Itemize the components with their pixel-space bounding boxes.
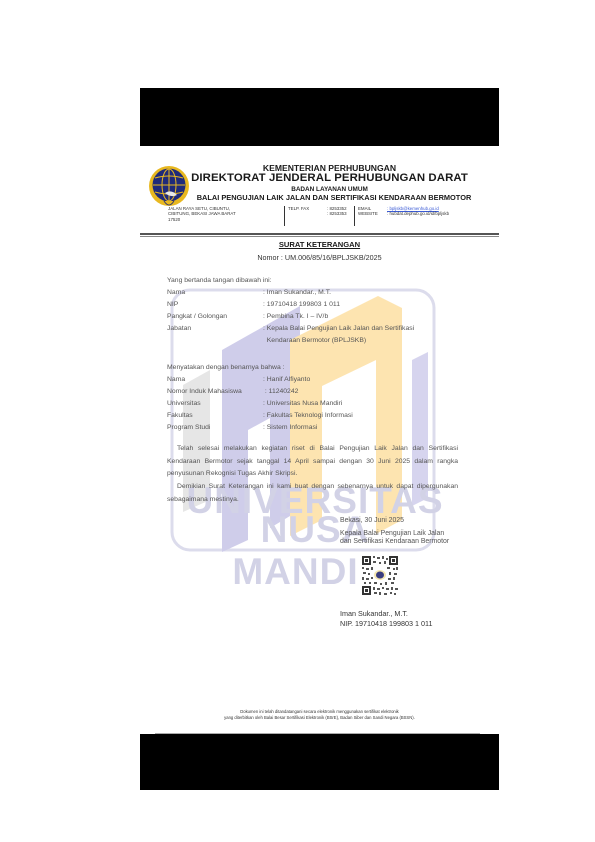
telp-fax-values: : 8253352 : 8253353: [327, 206, 347, 217]
field-value: : Hanif Alfiyanto: [263, 376, 310, 383]
e-signature-footer: Dokumen ini telah ditandatangani secara …: [140, 709, 499, 721]
website-text: : hubdat.dephub.go.id/id/bpljskb: [387, 211, 449, 216]
field-label: Universitas: [167, 400, 201, 407]
position-line: dan Sertifikasi Kendaraan Bermotor: [340, 538, 449, 546]
divider: [354, 206, 355, 226]
body-paragraph-closing: Demikian Surat Keterangan ini kami buat …: [167, 481, 458, 506]
field-label: Nama: [167, 376, 185, 383]
signer-block: Iman Sukandar., M.T. NIP. 19710418 19980…: [340, 609, 432, 629]
field-label: Pangkat / Golongan: [167, 313, 227, 320]
telp-fax-label: TELP. FAX: [288, 206, 309, 211]
field-label: Nomor Induk Mahasiswa: [167, 388, 242, 395]
website-label: WEBSITE: [358, 211, 378, 216]
field-value: : 11240242: [263, 388, 298, 395]
field-value: : Fakultas Teknologi Informasi: [263, 412, 353, 419]
signer-nip: NIP. 19710418 199803 1 011: [340, 619, 432, 629]
signature-place-date: Bekasi, 30 Juni 2025: [340, 517, 404, 525]
contact-values: : bpljskb@kemenhub.go.id : hubdat.dephub…: [387, 206, 449, 217]
field-label: Program Studi: [167, 424, 210, 431]
field-label: NIP: [167, 301, 178, 308]
email-link[interactable]: : bpljskb@kemenhub.go.id: [387, 206, 439, 211]
institution-name: BALAI PENGUJIAN LAIK JALAN DAN SERTIFIKA…: [164, 193, 504, 202]
position-line: Kepala Balai Pengujian Laik Jalan: [340, 530, 449, 538]
footer-line: yang diterbitkan oleh Balai Besar Sertif…: [140, 715, 499, 721]
directorate-name: DIREKTORAT JENDERAL PERHUBUNGAN DARAT: [150, 172, 509, 184]
field-value: : Pembina Tk. I – IV/b: [263, 313, 328, 320]
watermark-text-line2: NUSA MANDIRI: [185, 509, 445, 593]
field-label: Jabatan: [167, 325, 191, 332]
field-value: : Universitas Nusa Mandiri: [263, 400, 342, 407]
header-rule-thin: [140, 236, 499, 237]
field-value: : Sistem Informasi: [263, 424, 317, 431]
letterhead: KEMENTERIAN PERHUBUNGAN DIREKTORAT JENDE…: [140, 150, 499, 230]
field-value: : Iman Sukandar., M.T.: [263, 289, 331, 296]
contact-labels: EMAIL WEBSITE: [358, 206, 378, 217]
header-rule: [140, 233, 499, 235]
divider: [284, 206, 285, 226]
document-title: SURAT KETERANGAN: [140, 240, 499, 249]
document-number: Nomor : UM.006/85/16/BPLJSKB/2025: [140, 253, 499, 262]
fax-number: : 8253353: [327, 211, 347, 216]
field-label: Fakultas: [167, 412, 193, 419]
qr-code-signature-icon: [361, 555, 399, 596]
field-value: Kendaraan Bermotor (BPLJSKB): [263, 337, 366, 344]
redacted-block-top: [140, 88, 499, 146]
address-line: 17520: [168, 217, 288, 222]
field-label: Nama: [167, 289, 185, 296]
field-value: : Kepala Balai Pengujian Laik Jalan dan …: [263, 325, 414, 332]
body-paragraph-research: Telah selesai melakukan kegiatan riset d…: [167, 443, 458, 481]
student-intro: Menyatakan dengan benarnya bahwa :: [167, 364, 285, 371]
address-block: JALAN RAYA SETU, CIBUNTU, CIBITUNG, BEKA…: [168, 206, 288, 222]
signatory-intro: Yang bertanda tangan dibawah ini:: [167, 277, 272, 284]
redacted-block-bottom: [140, 734, 499, 790]
signature-position: Kepala Balai Pengujian Laik Jalan dan Se…: [340, 530, 449, 547]
field-value: : 19710418 199803 1 011: [263, 301, 340, 308]
agency-type: BADAN LAYANAN UMUM: [150, 186, 509, 193]
signer-name: Iman Sukandar., M.T.: [340, 609, 432, 619]
